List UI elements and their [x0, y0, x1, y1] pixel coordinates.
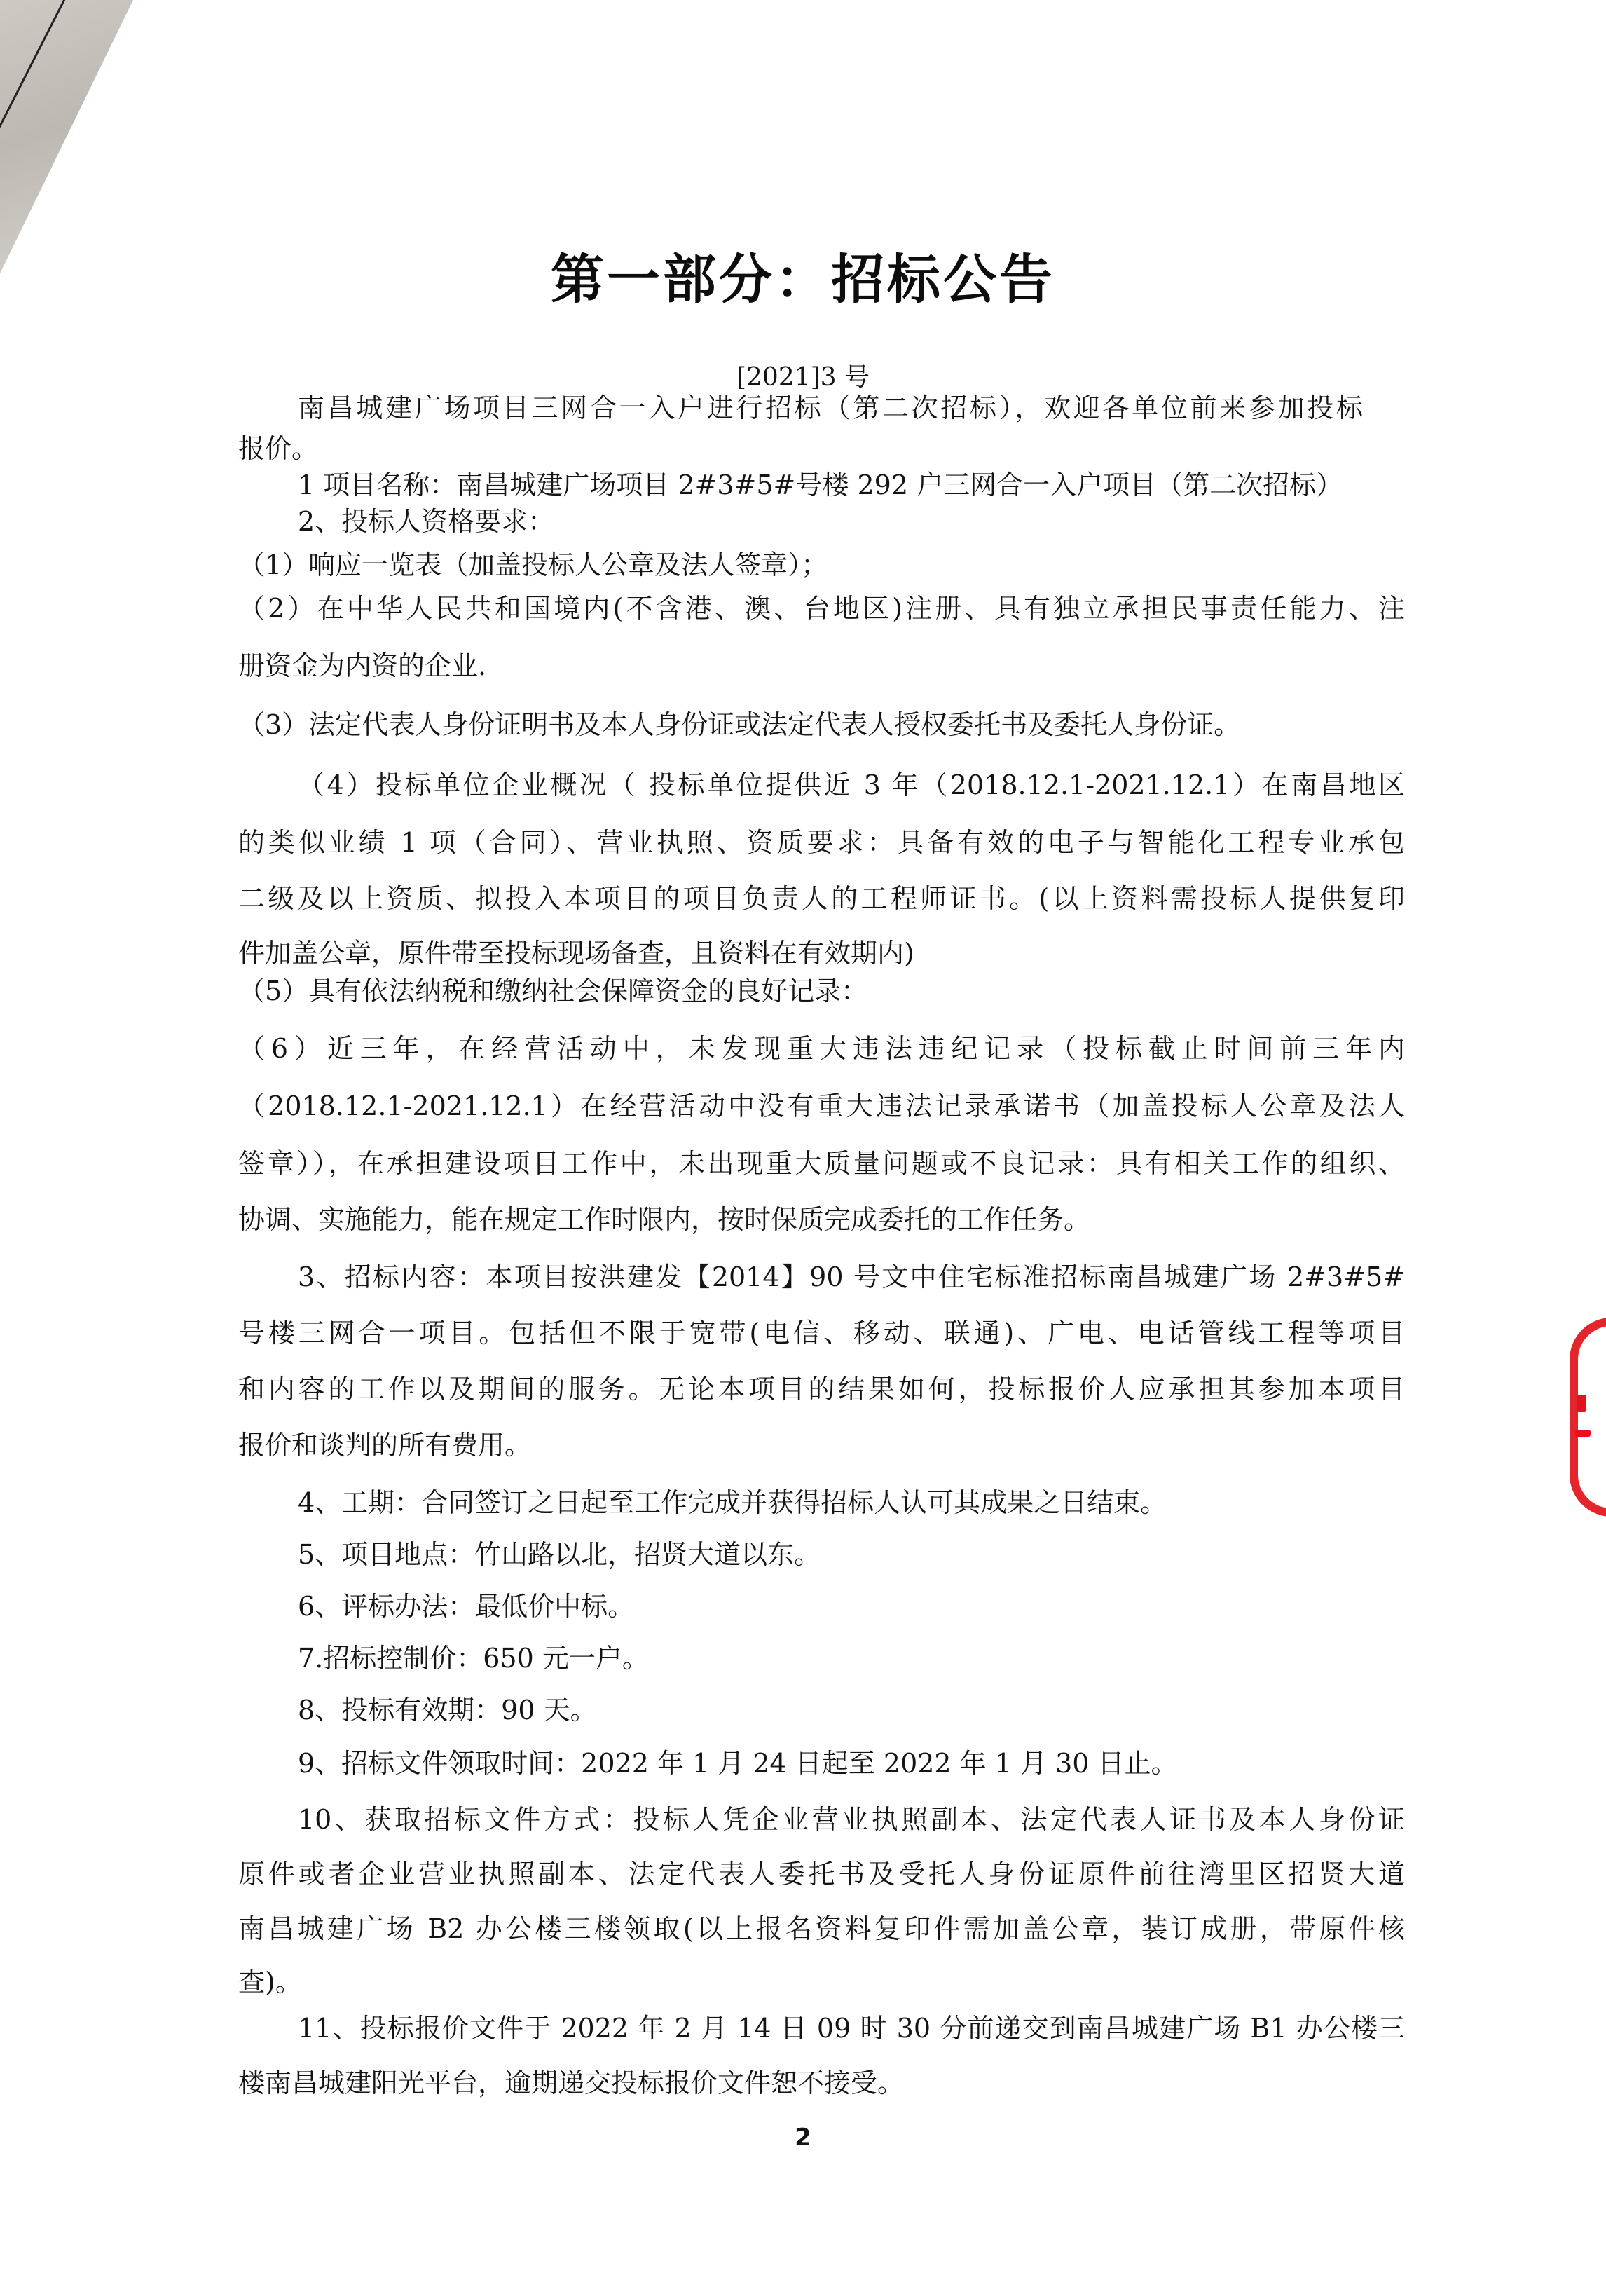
seal-mark [1577, 1395, 1586, 1412]
seal-mark [1575, 1430, 1591, 1437]
text-line: 签章）），在承担建设项目工作中，未出现重大质量问题或不良记录：具有相关工作的组织… [238, 1148, 1405, 1179]
text-line: 3、招标内容：本项目按洪建发【2014】90 号文中住宅标准招标南昌城建广场 2… [298, 1262, 1405, 1292]
text-line: 5、项目地点：竹山路以北，招贤大道以东。 [298, 1539, 821, 1570]
text-line: 9、招标文件领取时间：2022 年 1 月 24 日起至 2022 年 1 月 … [298, 1748, 1178, 1779]
text-line: （2018.12.1-2021.12.1）在经营活动中没有重大违法记录承诺书（加… [238, 1091, 1405, 1121]
text-line: 10、获取招标文件方式：投标人凭企业营业执照副本、法定代表人证书及本人身份证 [298, 1804, 1405, 1835]
document-number: [2021]3 号 [0, 357, 1606, 393]
text-line: 2、投标人资格要求： [298, 506, 554, 537]
text-line: 南昌城建广场 B2 办公楼三楼领取(以上报名资料复印件需加盖公章，装订成册，带原… [238, 1913, 1405, 1944]
text-line: （4）投标单位企业概况（ 投标单位提供近 3 年（2018.12.1-2021.… [298, 770, 1405, 800]
page-number: 2 [0, 2124, 1606, 2152]
text-line: 6、评标办法：最低价中标。 [298, 1591, 634, 1622]
text-line: 报价和谈判的所有费用。 [238, 1430, 531, 1461]
text-line: 7.招标控制价：650 元一户。 [298, 1643, 649, 1674]
page-title: 第一部分：招标公告 [0, 237, 1606, 313]
text-line: 册资金为内资的企业. [238, 650, 486, 681]
text-line: 号楼三网合一项目。包括但不限于宽带(电信、移动、联通)、广电、电话管线工程等项目 [238, 1318, 1405, 1348]
text-line: 原件或者企业营业执照副本、法定代表人委托书及受托人身份证原件前往湾里区招贤大道 [238, 1859, 1405, 1890]
red-seal-stamp [1570, 1318, 1606, 1517]
text-line: 南昌城建广场项目三网合一入户进行招标（第二次招标），欢迎各单位前来参加投标 [298, 392, 1363, 423]
text-line: （2）在中华人民共和国境内(不含港、澳、台地区)注册、具有独立承担民事责任能力、… [238, 593, 1405, 624]
text-line: 1 项目名称：南昌城建广场项目 2#3#5#号楼 292 户三网合一入户项目（第… [298, 470, 1343, 500]
text-line: 件加盖公章，原件带至投标现场备查，且资料在有效期内) [238, 938, 914, 969]
text-line: 的类似业绩 1 项（合同）、营业执照、资质要求：具备有效的电子与智能化工程专业承… [238, 827, 1405, 858]
text-line: 二级及以上资质、拟投入本项目的项目负责人的工程师证书。(以上资料需投标人提供复印 [238, 883, 1405, 914]
text-line: 报价。 [238, 433, 318, 464]
text-line: 4、工期：合同签订之日起至工作完成并获得招标人认可其成果之日结束。 [298, 1487, 1167, 1518]
text-line: 楼南昌城建阳光平台，逾期递交投标报价文件恕不接受。 [238, 2068, 904, 2098]
text-line: （6）近三年，在经营活动中，未发现重大违法违纪记录（投标截止时间前三年内 [238, 1033, 1405, 1064]
text-line: （1）响应一览表（加盖投标人公章及法人签章）； [238, 549, 828, 580]
text-line: 协调、实施能力，能在规定工作时限内，按时保质完成委托的工作任务。 [238, 1204, 1090, 1235]
text-line: （5）具有依法纳税和缴纳社会保障资金的良好记录： [238, 976, 867, 1006]
text-line: 11、投标报价文件于 2022 年 2 月 14 日 09 时 30 分前递交到… [298, 2013, 1405, 2044]
text-line: 8、投标有效期：90 天。 [298, 1695, 597, 1726]
text-line: （3）法定代表人身份证明书及本人身份证或法定代表人授权委托书及委托人身份证。 [238, 709, 1240, 740]
text-line: 查)。 [238, 1967, 302, 1997]
text-line: 和内容的工作以及期间的服务。无论本项目的结果如何，投标报价人应承担其参加本项目 [238, 1374, 1405, 1405]
